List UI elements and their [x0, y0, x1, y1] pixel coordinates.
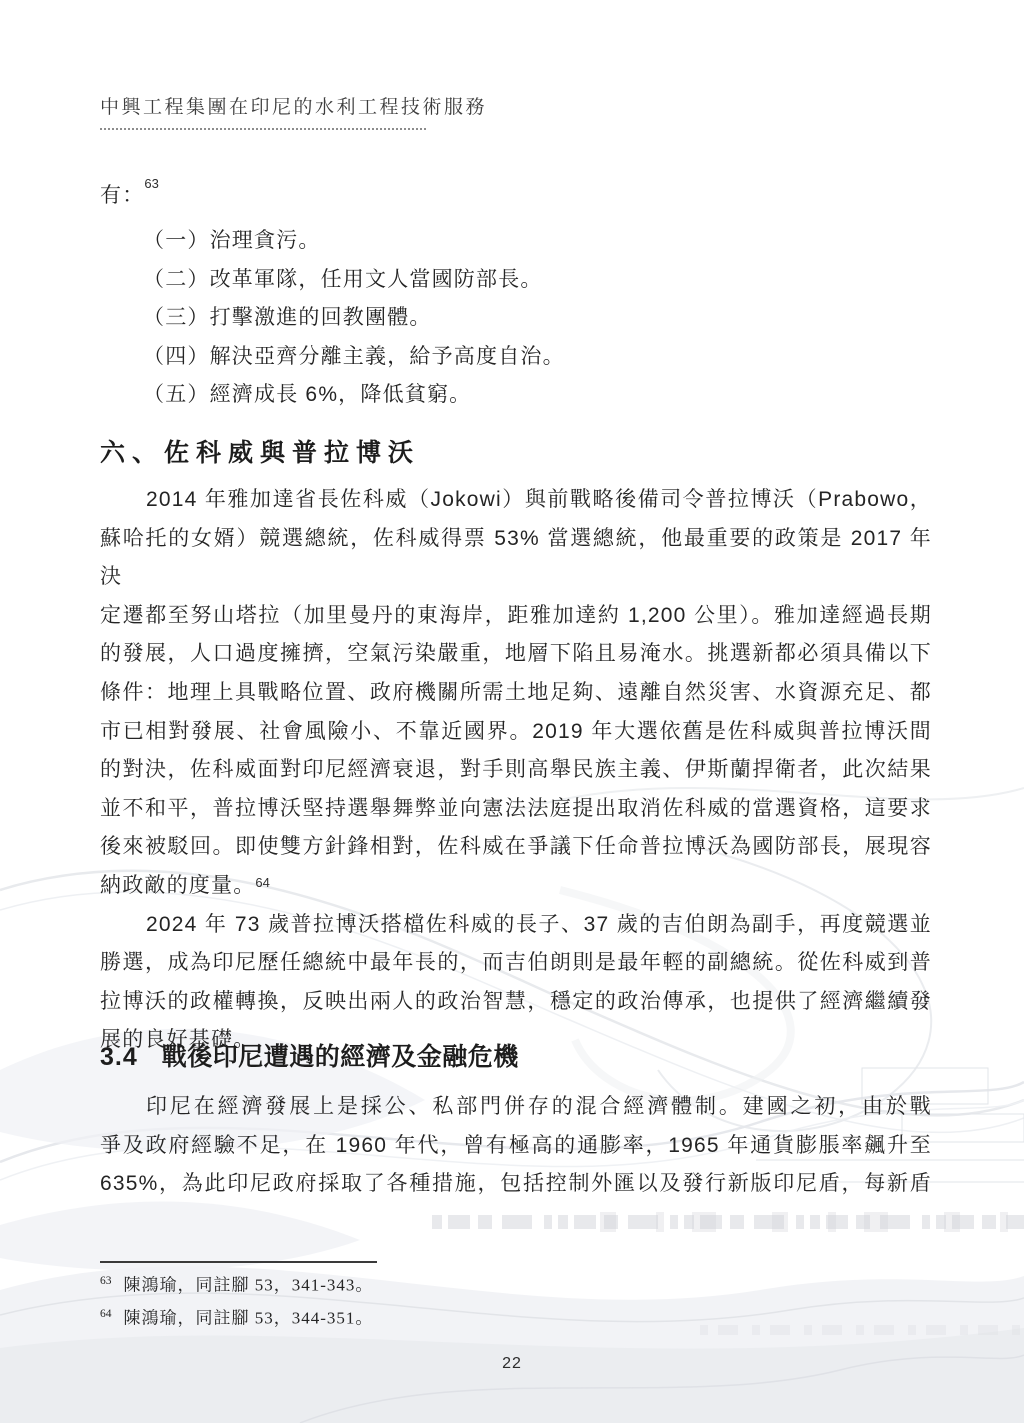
- paragraph-2-line: 拉博沃的政權轉換，反映出兩人的政治智慧，穩定的政治傳承，也提供了經濟繼續發: [100, 983, 932, 1022]
- list-item: （三）打擊激進的回教團體。: [143, 299, 565, 338]
- text-line: 市已相對發展、社會風險小、不靠近國界。2019 年大選依舊是佐科威與普拉博沃間: [100, 713, 932, 752]
- footnote-63: 63陳鴻瑜，同註腳 53，341-343。: [100, 1267, 800, 1300]
- intro-line: 有：63: [100, 179, 159, 209]
- paragraph-3: 印尼在經濟發展上是採公、私部門併存的混合經濟體制。建國之初，由於戰 爭及政府經驗…: [100, 1088, 932, 1204]
- text-line: 條件：地理上具戰略位置、政府機關所需土地足夠、遠離自然災害、水資源充足、都: [100, 674, 932, 713]
- list-item: （四）解決亞齊分離主義，給予高度自治。: [143, 338, 565, 377]
- list-item: （一）治理貪污。: [143, 222, 565, 261]
- paragraph-2-line: 勝選，成為印尼歷任總統中最年長的，而吉伯朗則是最年輕的副總統。從佐科威到普: [100, 944, 932, 983]
- page-number: 22: [0, 1355, 1024, 1373]
- footnote-number: 63: [100, 1275, 112, 1287]
- footnote-text: 陳鴻瑜，同註腳 53，344-351。: [124, 1309, 374, 1328]
- section-heading-6: 六、佐科威與普拉博沃: [100, 433, 420, 469]
- text-line: 2014 年雅加達省長佐科威（Jokowi）與前戰略後備司令普拉博沃（Prabo…: [100, 481, 932, 520]
- paragraph-2-line: 2024 年 73 歲普拉博沃搭檔佐科威的長子、37 歲的吉伯朗為副手，再度競選…: [100, 906, 932, 945]
- text-line: 納政敵的度量。64: [100, 867, 932, 906]
- text-line: 的發展，人口過度擁擠，空氣污染嚴重，地層下陷且易淹水。挑選新都必須具備以下: [100, 635, 932, 674]
- section-title: 戰後印尼遭遇的經濟及金融危機: [162, 1043, 519, 1071]
- text-line: 後來被駁回。即使雙方針鋒相對，佐科威在爭議下任命普拉博沃為國防部長，展現容: [100, 828, 932, 867]
- footnote-separator: [100, 1261, 377, 1263]
- footnote-number: 64: [100, 1308, 112, 1320]
- list-item: （二）改革軍隊，任用文人當國防部長。: [143, 261, 565, 300]
- text-line: 印尼在經濟發展上是採公、私部門併存的混合經濟體制。建國之初，由於戰: [100, 1088, 932, 1127]
- text-line: 爭及政府經驗不足，在 1960 年代，曾有極高的通膨率，1965 年通貨膨脹率飆…: [100, 1127, 932, 1166]
- footnote-64: 64陳鴻瑜，同註腳 53，344-351。: [100, 1300, 800, 1333]
- document-page: 中興工程集團在印尼的水利工程技術服務 有：63 （一）治理貪污。 （二）改革軍隊…: [0, 0, 1024, 1423]
- text-line: 635%，為此印尼政府採取了各種措施，包括控制外匯以及發行新版印尼盾，每新盾: [100, 1165, 932, 1204]
- text-line: 並不和平，普拉博沃堅持選舉舞弊並向憲法法庭提出取消佐科威的當選資格，這要求: [100, 790, 932, 829]
- footnote-ref-64: 64: [255, 875, 269, 890]
- list-item: （五）經濟成長 6%，降低貧窮。: [143, 376, 565, 415]
- section-heading-3-4: 3.4戰後印尼遭遇的經濟及金融危機: [100, 1037, 519, 1073]
- section-number: 3.4: [100, 1043, 138, 1071]
- text-line: 蘇哈托的女婿）競選總統，佐科威得票 53% 當選總統，他最重要的政策是 2017…: [100, 520, 932, 597]
- header-title: 中興工程集團在印尼的水利工程技術服務: [100, 97, 487, 118]
- intro-text: 有：: [100, 184, 144, 207]
- footnote-ref-63: 63: [144, 176, 158, 191]
- paragraph-1: 2014 年雅加達省長佐科威（Jokowi）與前戰略後備司令普拉博沃（Prabo…: [100, 481, 932, 1060]
- text-line: 的對決，佐科威面對印尼經濟衰退，對手則高舉民族主義、伊斯蘭捍衛者，此次結果: [100, 751, 932, 790]
- ordered-list: （一）治理貪污。 （二）改革軍隊，任用文人當國防部長。 （三）打擊激進的回教團體…: [143, 222, 565, 415]
- footnote-text: 陳鴻瑜，同註腳 53，341-343。: [124, 1276, 374, 1295]
- text-line: 定遷都至努山塔拉（加里曼丹的東海岸，距雅加達約 1,200 公里）。雅加達經過長…: [100, 597, 932, 636]
- page-header: 中興工程集團在印尼的水利工程技術服務: [100, 92, 426, 130]
- footnotes-block: 63陳鴻瑜，同註腳 53，341-343。 64陳鴻瑜，同註腳 53，344-3…: [100, 1267, 800, 1333]
